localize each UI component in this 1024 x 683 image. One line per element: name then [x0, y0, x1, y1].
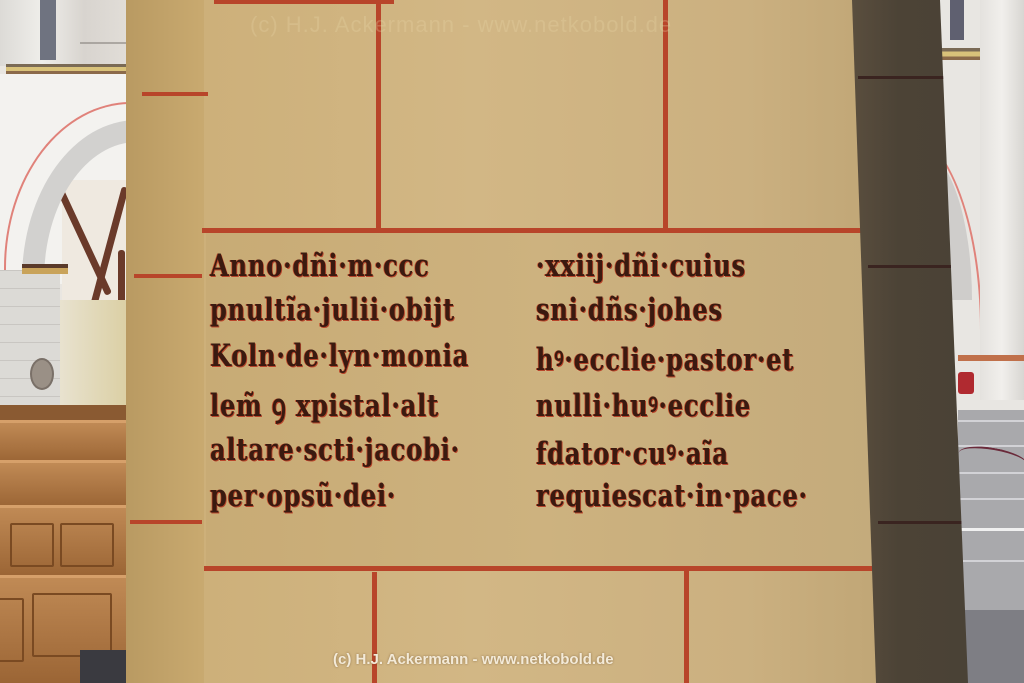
inscription-line-left-2: pnultĩa·julii·obijt	[210, 292, 455, 328]
inscription-line-right-4: nulli·huꝰ·ecclie	[536, 384, 751, 426]
inscription-line-right-3: hꝰ·ecclie·pastor·et	[536, 338, 794, 380]
inscription-line-left-1: Anno·dñi·m·ccc	[210, 248, 430, 284]
stair-step-highlight	[958, 528, 1024, 531]
window-column	[40, 0, 56, 60]
floor	[958, 610, 1024, 683]
inscription-line-right-1: ·xxiij·dñi·cuius	[536, 248, 746, 284]
pew	[0, 460, 140, 508]
mortar-joint	[868, 265, 954, 268]
pew	[0, 420, 140, 463]
inscription-line-right-2: sni·dñs·johes	[536, 292, 723, 328]
photo-scene: (c) H.J. Ackermann - www.netkobold.de An…	[0, 0, 1024, 683]
pew-panel	[60, 523, 114, 567]
stair-step	[958, 472, 1024, 474]
mortar-joint	[684, 570, 689, 683]
stair-step	[958, 560, 1024, 562]
mortar-joint	[858, 76, 944, 79]
pew-panel	[10, 523, 54, 567]
church-pews	[0, 405, 140, 683]
watermark-bottom: (c) H.J. Ackermann - www.netkobold.de	[333, 651, 614, 668]
inscription-line-left-3: Koln·de·lyn·monia	[210, 338, 469, 374]
pew-panel	[0, 598, 24, 662]
pillar-side-face	[126, 0, 206, 683]
red-chair	[958, 372, 974, 394]
pew-panel	[32, 593, 112, 657]
inscription-line-left-5: altare·scti·jacobi·	[210, 432, 460, 468]
stair-step	[958, 420, 1024, 422]
colored-band	[958, 355, 1024, 361]
inscription-line-left-6: per·opsũ·dei·	[210, 478, 396, 514]
window-column	[950, 0, 964, 40]
watermark-top: (c) H.J. Ackermann - www.netkobold.de	[250, 12, 672, 38]
stair-step	[958, 498, 1024, 500]
mortar-joint	[202, 228, 862, 233]
mortar-joint	[142, 92, 208, 96]
wall-medallion	[30, 358, 54, 390]
mortar-joint	[130, 520, 202, 524]
mortar-joint	[134, 274, 202, 278]
mortar-joint	[214, 0, 394, 4]
inscription-line-left-4: lem̃ ꝯ xpistal·alt	[210, 384, 439, 426]
inscription-line-right-5: fdator·cuꝰ·aĩa	[536, 432, 729, 474]
mortar-joint	[878, 521, 964, 524]
church-interior-left	[0, 0, 140, 683]
painted-cornice	[6, 64, 140, 74]
mortar-joint	[204, 566, 876, 571]
inscription-line-right-6: requiescat·in·pace·	[536, 478, 808, 514]
pier-capital	[22, 264, 68, 274]
white-pilaster	[980, 0, 1024, 400]
pew	[0, 505, 140, 578]
